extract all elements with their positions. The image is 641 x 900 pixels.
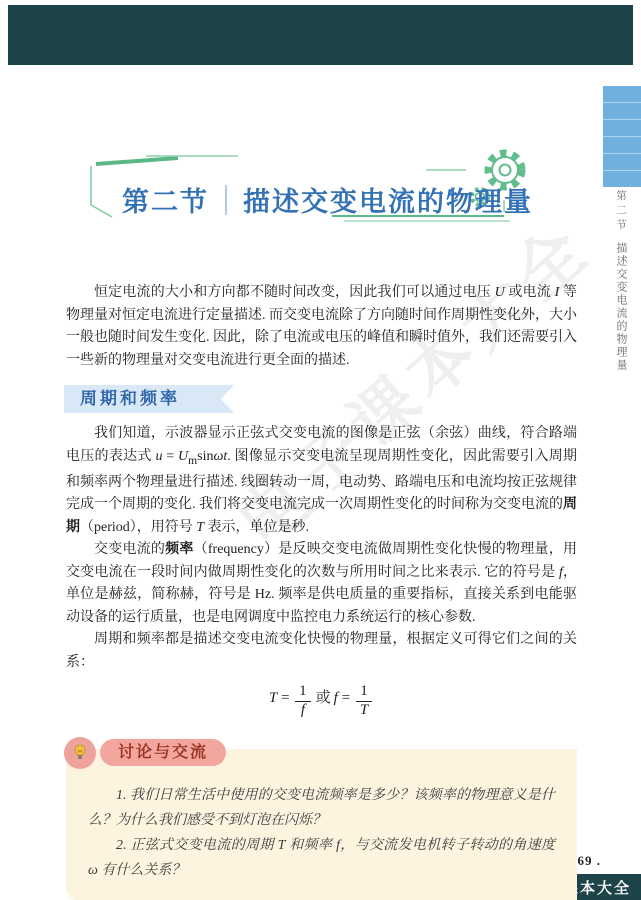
formula-T: T (269, 690, 277, 706)
text-run: 交变电流的 (94, 542, 165, 557)
text-run: 周期和频率都是描述交变电流变化快慢的物理量，根据定义可得它们之间的关系： (66, 632, 577, 670)
formula-or: 或 (316, 690, 331, 706)
text-run: 1. 我们日常生活中使用的交变电流频率是多少？该频率的物理意义是什么？为什么我们… (88, 788, 555, 828)
subscript-m: m (188, 453, 197, 466)
chapter-tab (603, 102, 641, 119)
discussion-title-pill: 讨论与交流 (100, 739, 226, 766)
discussion-question-2: 2. 正弦式交变电流的周期 T 和频率 f，与交流发电机转子转动的角速度 ω 有… (88, 833, 555, 883)
frequency-paragraph: 交变电流的频率（frequency）是反映交变电流做周期性变化快慢的物理量，用交… (66, 539, 577, 629)
period-frequency-formula: T = 1f或f = 1T (66, 683, 577, 719)
variable-omega: ω (88, 863, 98, 878)
page-title: 描述交变电流的物理量 (243, 180, 533, 219)
section-header-text: 周期和频率 (80, 388, 180, 411)
top-dark-bar (8, 5, 633, 65)
term-frequency: 频率 (165, 542, 193, 557)
discussion-label: 讨论与交流 (64, 737, 226, 769)
text-run: （period），用符号 (80, 520, 196, 535)
chapter-tab (603, 170, 641, 187)
text-run: 或电流 (505, 285, 555, 300)
text-run: 2. 正弦式交变电流的周期 (116, 838, 278, 853)
formula-equals: = (277, 690, 293, 706)
chapter-tab (603, 136, 641, 153)
chapter-tab (603, 119, 641, 136)
fraction-1-over-f: 1f (295, 683, 311, 719)
section-header-period-frequency: 周期和频率 (64, 385, 234, 413)
discussion-box: 1. 我们日常生活中使用的交变电流频率是多少？该频率的物理意义是什么？为什么我们… (66, 749, 577, 900)
main-text-column: 恒定电流的大小和方向都不随时间改变，因此我们可以通过电压 U 或电流 I 等物理… (66, 282, 577, 900)
fraction-1-over-T: 1T (356, 683, 372, 719)
chapter-tab (603, 86, 641, 102)
discussion-section: 1. 我们日常生活中使用的交变电流频率是多少？该频率的物理意义是什么？为什么我们… (66, 749, 577, 900)
relation-paragraph: 周期和频率都是描述交变电流变化快慢的物理量，根据定义可得它们之间的关系： (66, 629, 577, 674)
chapter-tab-strip (603, 86, 641, 187)
section-title-banner: 第二节 描述交变电流的物理量 (86, 142, 564, 244)
text-run: 表示，单位是秒. (204, 520, 309, 535)
variable-Um: U (178, 449, 188, 464)
text-run: sin (197, 449, 213, 464)
variable-omega-t: ωt (213, 449, 227, 464)
chapter-tab (603, 153, 641, 170)
text-run: = (162, 449, 177, 464)
text-run: 和频率 (285, 838, 336, 853)
margin-section-label: 第二节 (614, 190, 629, 234)
intro-paragraph: 恒定电流的大小和方向都不随时间改变，因此我们可以通过电压 U 或电流 I 等物理… (66, 282, 577, 372)
discussion-question-1: 1. 我们日常生活中使用的交变电流频率是多少？该频率的物理意义是什么？为什么我们… (88, 783, 555, 833)
textbook-page: 第二节 描述交变电流的物理量 第二节 描述交变电流的物理量 (0, 0, 641, 900)
section-number: 第二节 (122, 180, 209, 219)
variable-U: U (495, 285, 505, 300)
variable-T: T (196, 520, 204, 535)
text-run: ，与交流发电机转子转动的角速度 (340, 838, 555, 853)
text-run: 恒定电流的大小和方向都不随时间改变，因此我们可以通过电压 (94, 285, 495, 300)
formula-equals: = (338, 690, 354, 706)
margin-section-title: 描述交变电流的物理量 (613, 242, 629, 372)
text-run: 有什么关系？ (98, 863, 186, 878)
discussion-title: 讨论与交流 (118, 742, 208, 765)
banner-text-row: 第二节 描述交变电流的物理量 (122, 180, 533, 219)
lightbulb-badge (64, 737, 96, 769)
lightbulb-icon (73, 744, 87, 762)
period-paragraph: 我们知道，示波器显示正弦式交变电流的图像是正弦（余弦）曲线，符合路端电压的表达式… (66, 423, 577, 539)
banner-divider (225, 185, 227, 215)
